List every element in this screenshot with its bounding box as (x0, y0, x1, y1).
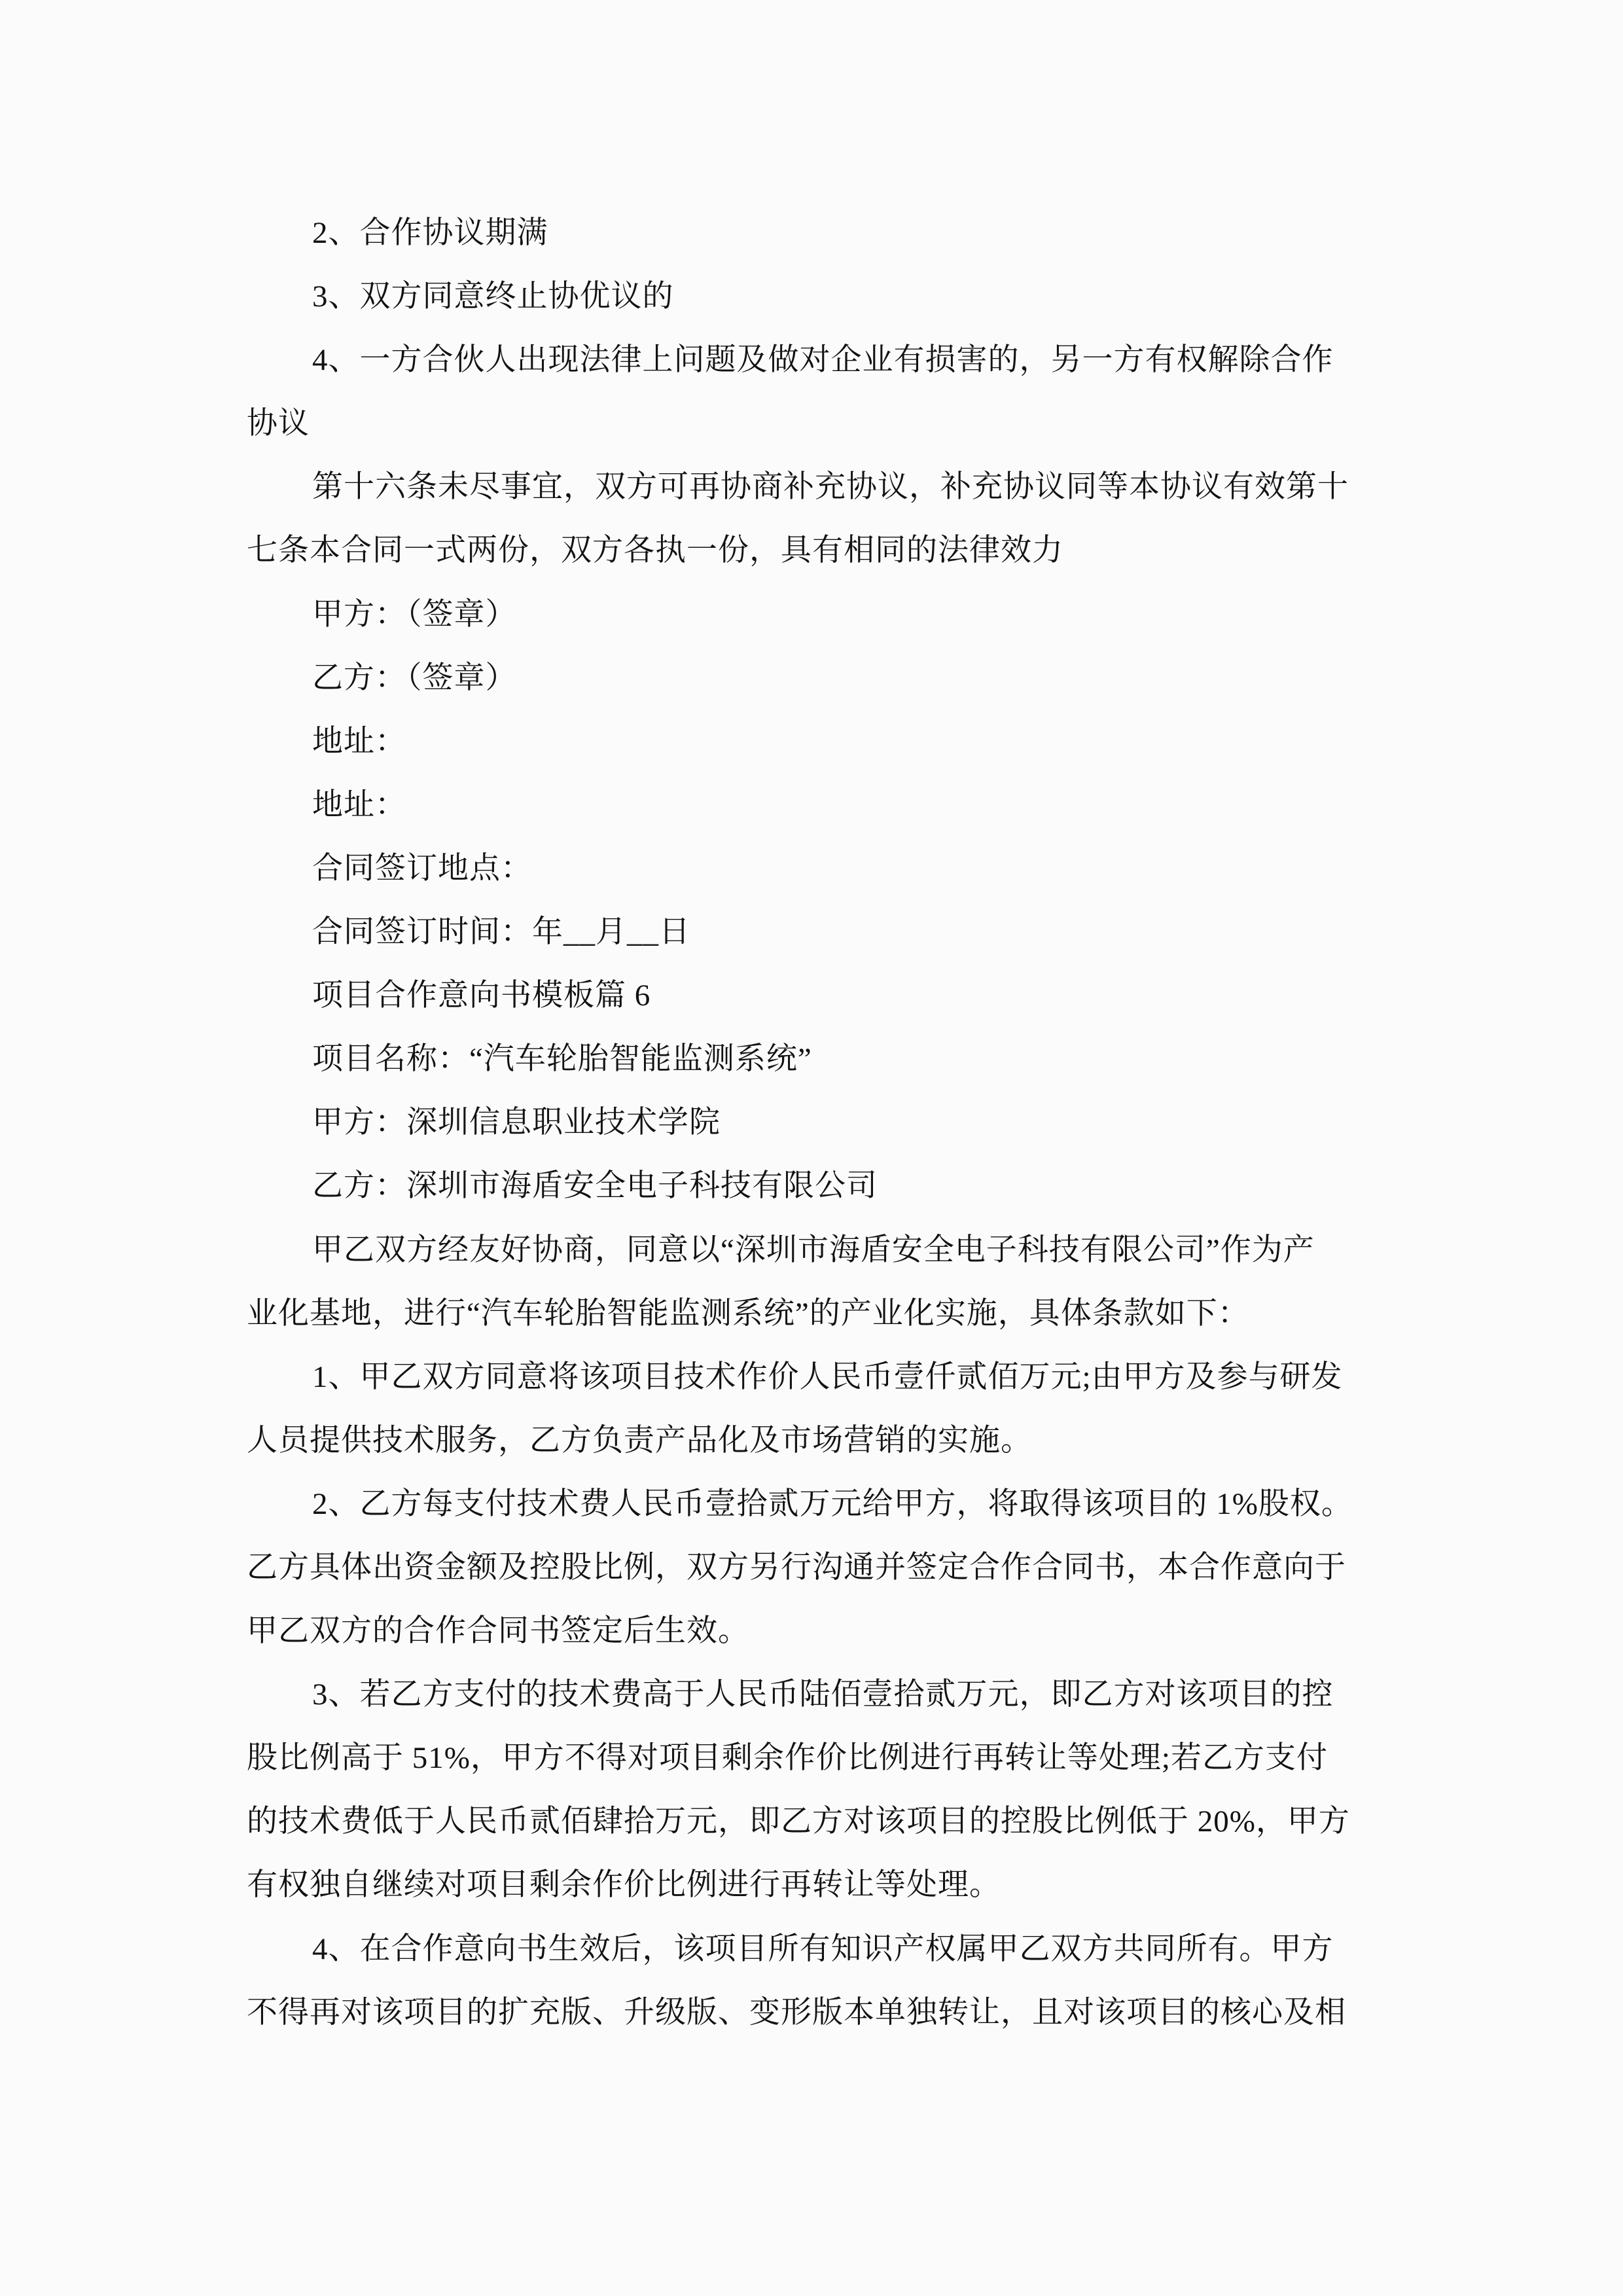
text-line: 3、双方同意终止协优议的 (247, 265, 1412, 329)
text-line: 不得再对该项目的扩充版、升级版、变形版本单独转让，且对该项目的核心及相 (247, 1981, 1412, 2045)
text-line: 七条本合同一式两份，双方各执一份，具有相同的法律效力 (247, 519, 1412, 583)
text-line: 甲乙双方经友好协商，同意以“深圳市海盾安全电子科技有限公司”作为产 (247, 1219, 1412, 1282)
text-line: 项目名称：“汽车轮胎智能监测系统” (247, 1028, 1412, 1091)
text-line: 合同签订地点： (247, 837, 1412, 901)
text-line: 的技术费低于人民币贰佰肆拾万元，即乙方对该项目的控股比例低于 20%，甲方 (247, 1790, 1412, 1854)
text-line: 合同签订时间：年__月__日 (247, 901, 1412, 964)
text-line: 甲乙双方的合作合同书签定后生效。 (247, 1600, 1412, 1663)
text-line: 乙方：深圳市海盾安全电子科技有限公司 (247, 1155, 1412, 1218)
text-line: 1、甲乙双方同意将该项目技术作价人民币壹仟贰佰万元;由甲方及参与研发 (247, 1346, 1412, 1409)
text-line: 第十六条未尽事宜，双方可再协商补充协议，补充协议同等本协议有效第十 (247, 456, 1412, 519)
text-line: 协议 (247, 392, 1412, 456)
text-line: 2、乙方每支付技术费人民币壹拾贰万元给甲方，将取得该项目的 1%股权。 (247, 1473, 1412, 1536)
text-line: 地址： (247, 774, 1412, 837)
text-line: 地址： (247, 710, 1412, 774)
text-line: 4、一方合伙人出现法律上问题及做对企业有损害的，另一方有权解除合作 (247, 329, 1412, 392)
text-line: 项目合作意向书模板篇 6 (247, 964, 1412, 1028)
text-line: 4、在合作意向书生效后，该项目所有知识产权属甲乙双方共同所有。甲方 (247, 1918, 1412, 1981)
text-line: 甲方：深圳信息职业技术学院 (247, 1091, 1412, 1155)
text-line: 甲方：（签章） (247, 583, 1412, 647)
text-line: 有权独自继续对项目剩余作价比例进行再转让等处理。 (247, 1854, 1412, 1917)
text-line: 业化基地，进行“汽车轮胎智能监测系统”的产业化实施，具体条款如下： (247, 1282, 1412, 1346)
text-line: 2、合作协议期满 (247, 202, 1412, 265)
text-line: 股比例高于 51%，甲方不得对项目剩余作价比例进行再转让等处理;若乙方支付 (247, 1727, 1412, 1790)
text-line: 乙方：（签章） (247, 647, 1412, 710)
document-body: 2、合作协议期满3、双方同意终止协优议的4、一方合伙人出现法律上问题及做对企业有… (247, 202, 1412, 2045)
text-line: 乙方具体出资金额及控股比例，双方另行沟通并签定合作合同书，本合作意向于 (247, 1536, 1412, 1600)
document-page: 2、合作协议期满3、双方同意终止协优议的4、一方合伙人出现法律上问题及做对企业有… (0, 0, 1623, 2296)
text-line: 3、若乙方支付的技术费高于人民币陆佰壹拾贰万元，即乙方对该项目的控 (247, 1663, 1412, 1727)
text-line: 人员提供技术服务，乙方负责产品化及市场营销的实施。 (247, 1409, 1412, 1473)
